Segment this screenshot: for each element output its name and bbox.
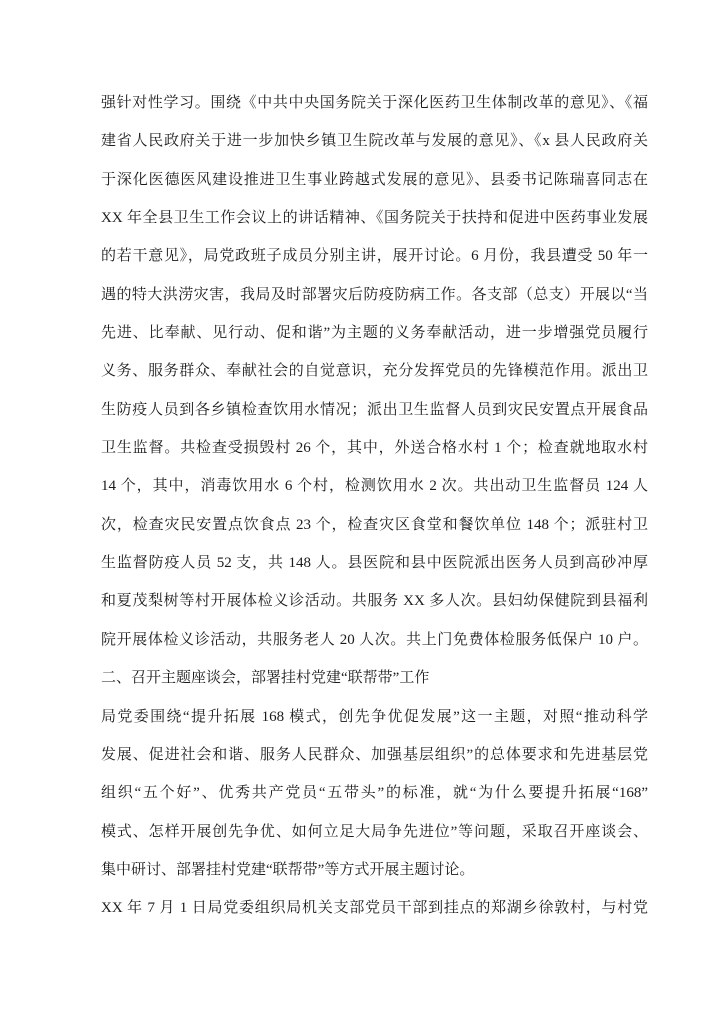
- text-line: XX 年全县卫生工作会议上的讲话精神、《国务院关于扶持和促进中医药事业发展: [101, 199, 648, 237]
- text-line: 于深化医德医风建设推进卫生事业跨越式发展的意见》、县委书记陈瑞喜同志在: [101, 161, 648, 199]
- text-line: 二、召开主题座谈会，部署挂村党建“联帮带”工作: [101, 659, 648, 697]
- text-line: 14 个，其中，消毒饮用水 6 个村，检测饮用水 2 次。共出动卫生监督员 12…: [101, 467, 648, 505]
- text-line: 发展、促进社会和谐、服务人民群众、加强基层组织”的总体要求和先进基层党: [101, 736, 648, 774]
- text-line: 集中研讨、部署挂村党建“联帮带”等方式开展主题讨论。: [101, 851, 648, 889]
- text-line: 先进、比奉献、见行动、促和谐”为主题的义务奉献活动，进一步增强党员履行: [101, 314, 648, 352]
- text-line: XX 年 7 月 1 日局党委组织局机关支部党员干部到挂点的郑湖乡徐敦村，与村党: [101, 889, 648, 927]
- text-line: 和夏茂梨树等村开展体检义诊活动。共服务 XX 多人次。县妇幼保健院到县福利: [101, 582, 648, 620]
- text-line: 生防疫人员到各乡镇检查饮用水情况；派出卫生监督人员到灾民安置点开展食品: [101, 391, 648, 429]
- text-line: 生监督防疫人员 52 支，共 148 人。县医院和县中医院派出医务人员到高砂冲厚: [101, 544, 648, 582]
- text-line: 局党委围绕“提升拓展 168 模式，创先争优促发展”这一主题，对照“推动科学: [101, 698, 648, 736]
- text-line: 次，检查灾民安置点饮食点 23 个，检查灾区食堂和餐饮单位 148 个；派驻村卫: [101, 506, 648, 544]
- document-page: 强针对性学习。围绕《中共中央国务院关于深化医药卫生体制改革的意见》、《福建省人民…: [0, 0, 721, 1020]
- text-line: 模式、怎样开展创先争优、如何立足大局争先进位”等问题，采取召开座谈会、: [101, 813, 648, 851]
- text-line: 强针对性学习。围绕《中共中央国务院关于深化医药卫生体制改革的意见》、《福: [101, 84, 648, 122]
- text-line: 卫生监督。共检查受损毁村 26 个，其中，外送合格水村 1 个；检查就地取水村: [101, 429, 648, 467]
- text-line: 院开展体检义诊活动，共服务老人 20 人次。共上门免费体检服务低保户 10 户。: [101, 621, 648, 659]
- text-line: 组织“五个好”、优秀共产党员“五带头”的标准，就“为什么要提升拓展“168”: [101, 774, 648, 812]
- text-line: 义务、服务群众、奉献社会的自觉意识，充分发挥党员的先锋模范作用。派出卫: [101, 352, 648, 390]
- text-line: 的若干意见》，局党政班子成员分别主讲，展开讨论。6 月份，我县遭受 50 年一: [101, 237, 648, 275]
- text-line: 遇的特大洪涝灾害，我局及时部署灾后防疫防病工作。各支部（总支）开展以“当: [101, 276, 648, 314]
- text-line: 建省人民政府关于进一步加快乡镇卫生院改革与发展的意见》、《x 县人民政府关: [101, 122, 648, 160]
- document-body: 强针对性学习。围绕《中共中央国务院关于深化医药卫生体制改革的意见》、《福建省人民…: [101, 84, 648, 928]
